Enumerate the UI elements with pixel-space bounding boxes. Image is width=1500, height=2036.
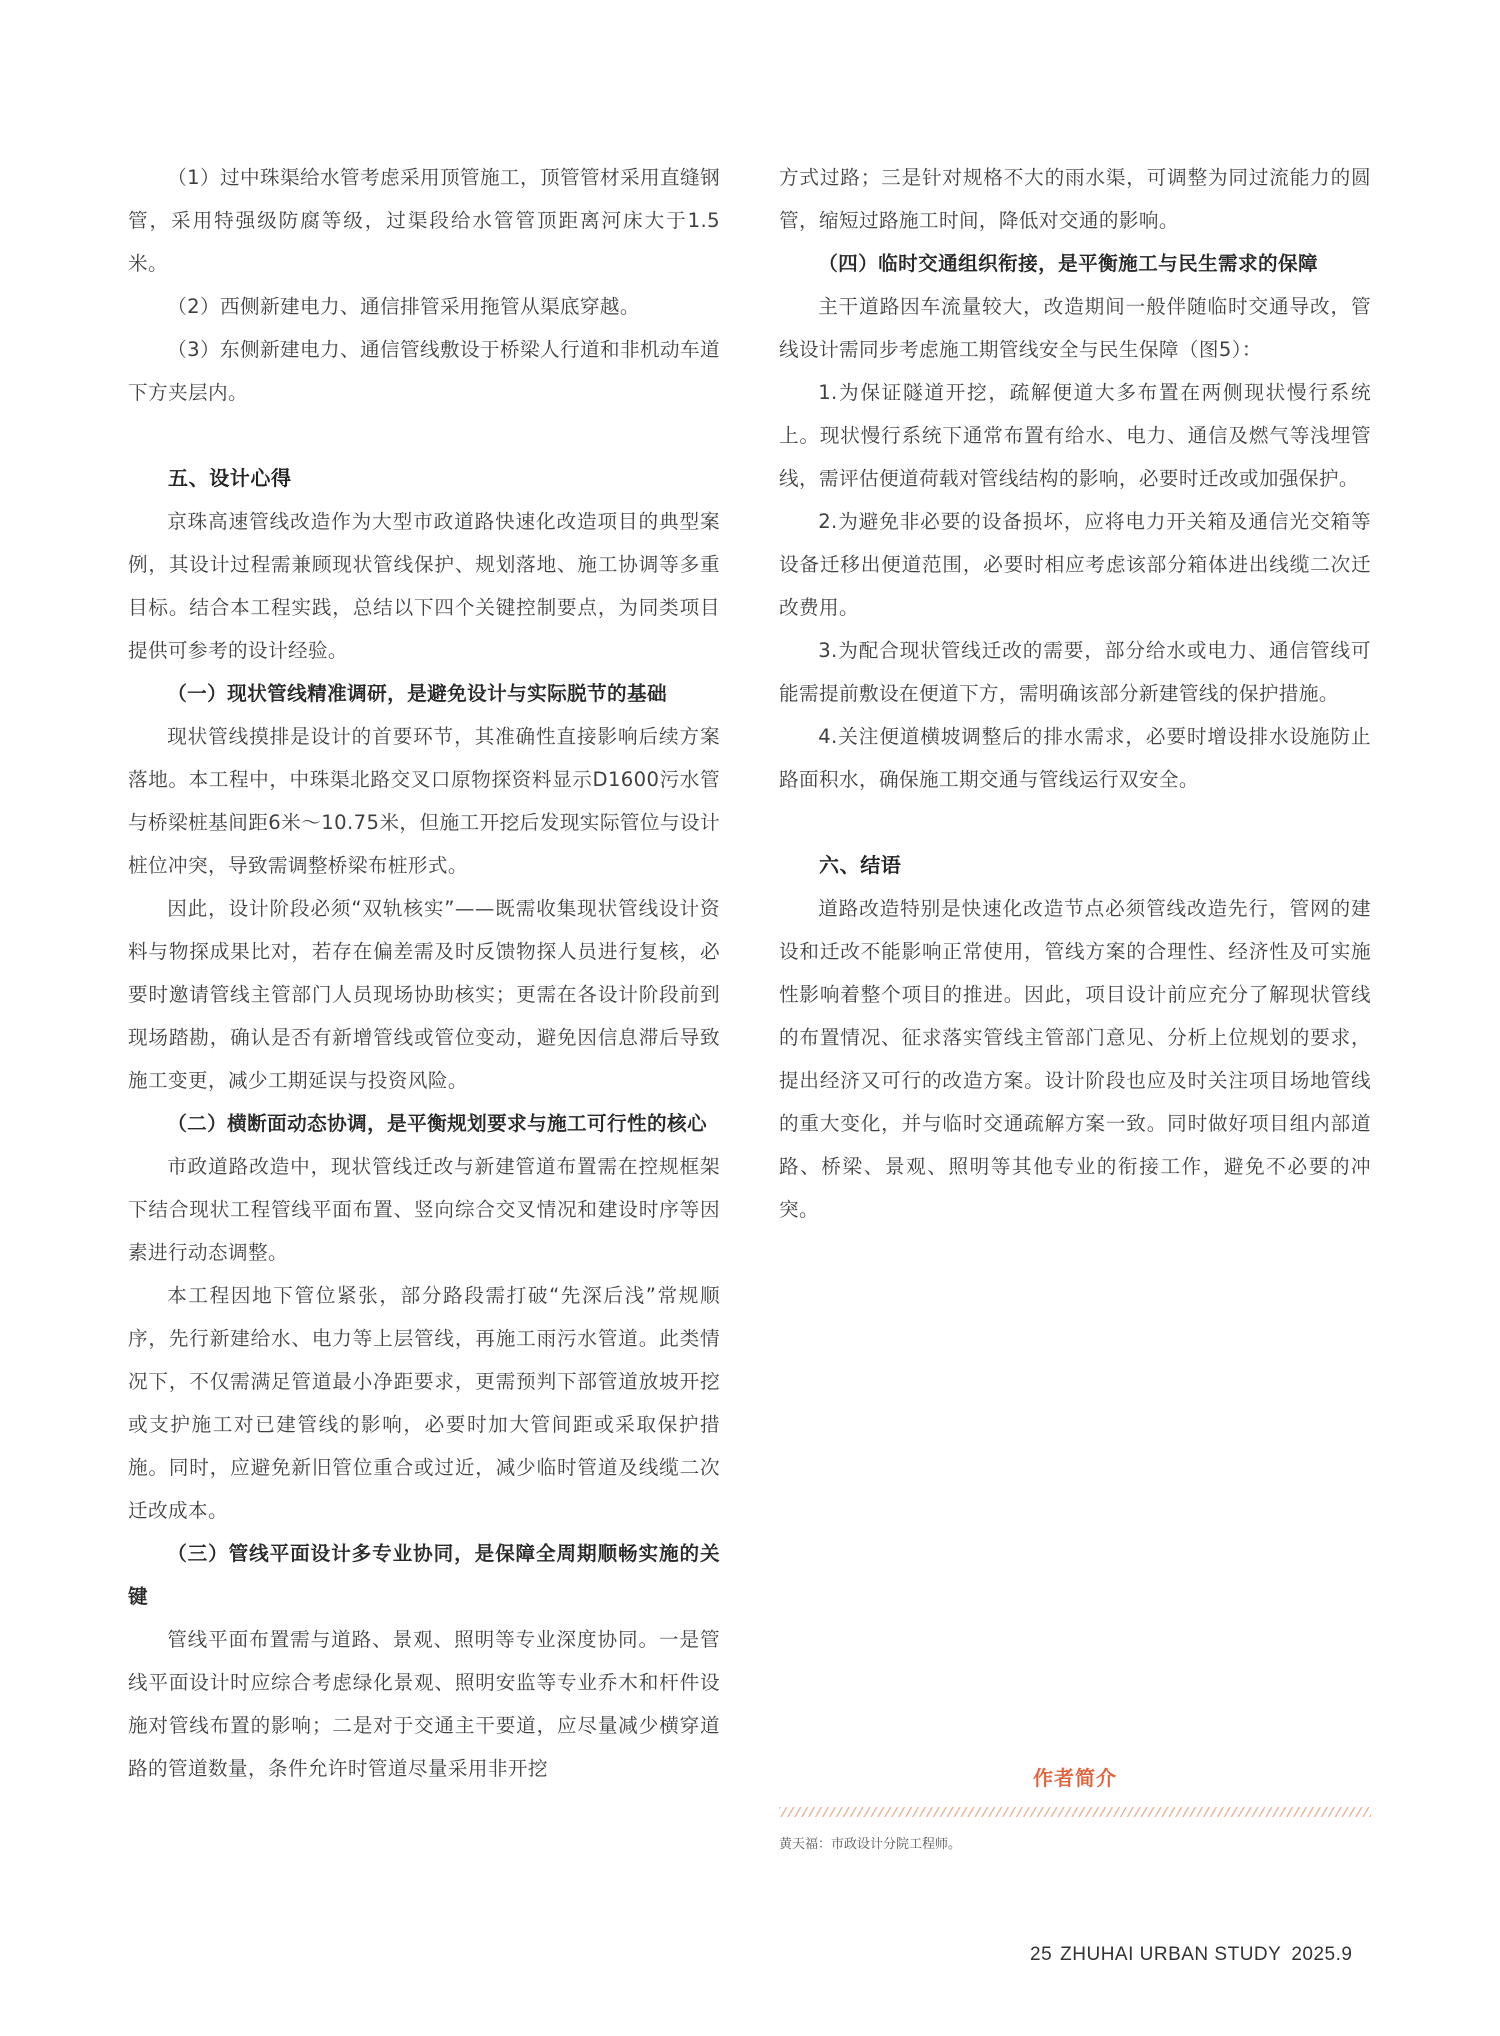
page-footer: 25ZHUHAI URBAN STUDY2025.9 <box>1030 1944 1352 1966</box>
section-gap <box>779 801 1371 844</box>
paragraph-conclusion: 道路改造特别是快速化改造节点必须管线改造先行，管网的建设和迁改不能影响正常使用，… <box>779 887 1371 1231</box>
paragraph-item-1: （1）过中珠渠给水管考虑采用顶管施工，顶管管材采用直缝钢管，采用特强级防腐等级，… <box>128 156 720 285</box>
subheading-2: （二）横断面动态协调，是平衡规划要求与施工可行性的核心 <box>128 1102 720 1145</box>
paragraph-item-3: （3）东侧新建电力、通信管线敷设于桥梁人行道和非机动车道下方夹层内。 <box>128 328 720 414</box>
subheading-4: （四）临时交通组织衔接，是平衡施工与民生需求的保障 <box>779 242 1371 285</box>
right-column: 方式过路；三是针对规格不大的雨水渠，可调整为同过流能力的圆管，缩短过路施工时间，… <box>779 156 1371 1231</box>
subheading-3: （三）管线平面设计多专业协同，是保障全周期顺畅实施的关键 <box>128 1532 720 1618</box>
section-heading-5: 五、设计心得 <box>128 457 720 500</box>
paragraph: 现状管线摸排是设计的首要环节，其准确性直接影响后续方案落地。本工程中，中珠渠北路… <box>128 715 720 887</box>
journal-name: ZHUHAI URBAN STUDY <box>1060 1944 1281 1965</box>
paragraph: 因此，设计阶段必须“双轨核实”——既需收集现状管线设计资料与物探成果比对，若存在… <box>128 887 720 1102</box>
author-bio-box: 作者简介 黄天福：市政设计分院工程师。 <box>779 1763 1371 1855</box>
list-item-4: 4.关注便道横坡调整后的排水需求，必要时增设排水设施防止路面积水，确保施工期交通… <box>779 715 1371 801</box>
paragraph-intro: 京珠高速管线改造作为大型市政道路快速化改造项目的典型案例，其设计过程需兼顾现状管… <box>128 500 720 672</box>
paragraph: 本工程因地下管位紧张，部分路段需打破“先深后浅”常规顺序，先行新建给水、电力等上… <box>128 1274 720 1532</box>
author-bio-text: 黄天福：市政设计分院工程师。 <box>779 1835 1371 1855</box>
section-gap <box>128 414 720 457</box>
issue-date: 2025.9 <box>1291 1944 1352 1965</box>
list-item-2: 2.为避免非必要的设备损坏，应将电力开关箱及通信光交箱等设备迁移出便道范围，必要… <box>779 500 1371 629</box>
left-column: （1）过中珠渠给水管考虑采用顶管施工，顶管管材采用直缝钢管，采用特强级防腐等级，… <box>128 156 720 1790</box>
paragraph-item-2: （2）西侧新建电力、通信排管采用拖管从渠底穿越。 <box>128 285 720 328</box>
section-heading-6: 六、结语 <box>779 844 1371 887</box>
list-item-3: 3.为配合现状管线迁改的需要，部分给水或电力、通信管线可能需提前敷设在便道下方，… <box>779 629 1371 715</box>
paragraph-continued: 方式过路；三是针对规格不大的雨水渠，可调整为同过流能力的圆管，缩短过路施工时间，… <box>779 156 1371 242</box>
author-bio-title: 作者简介 <box>779 1763 1371 1793</box>
paragraph: 管线平面布置需与道路、景观、照明等专业深度协同。一是管线平面设计时应综合考虑绿化… <box>128 1618 720 1790</box>
list-item-1: 1.为保证隧道开挖，疏解便道大多布置在两侧现状慢行系统上。现状慢行系统下通常布置… <box>779 371 1371 500</box>
paragraph: 主干道路因车流量较大，改造期间一般伴随临时交通导改，管线设计需同步考虑施工期管线… <box>779 285 1371 371</box>
page-number: 25 <box>1030 1944 1052 1965</box>
paragraph: 市政道路改造中，现状管线迁改与新建管道布置需在控规框架下结合现状工程管线平面布置… <box>128 1145 720 1274</box>
decorative-stripe-divider <box>779 1807 1371 1817</box>
subheading-1: （一）现状管线精准调研，是避免设计与实际脱节的基础 <box>128 672 720 715</box>
